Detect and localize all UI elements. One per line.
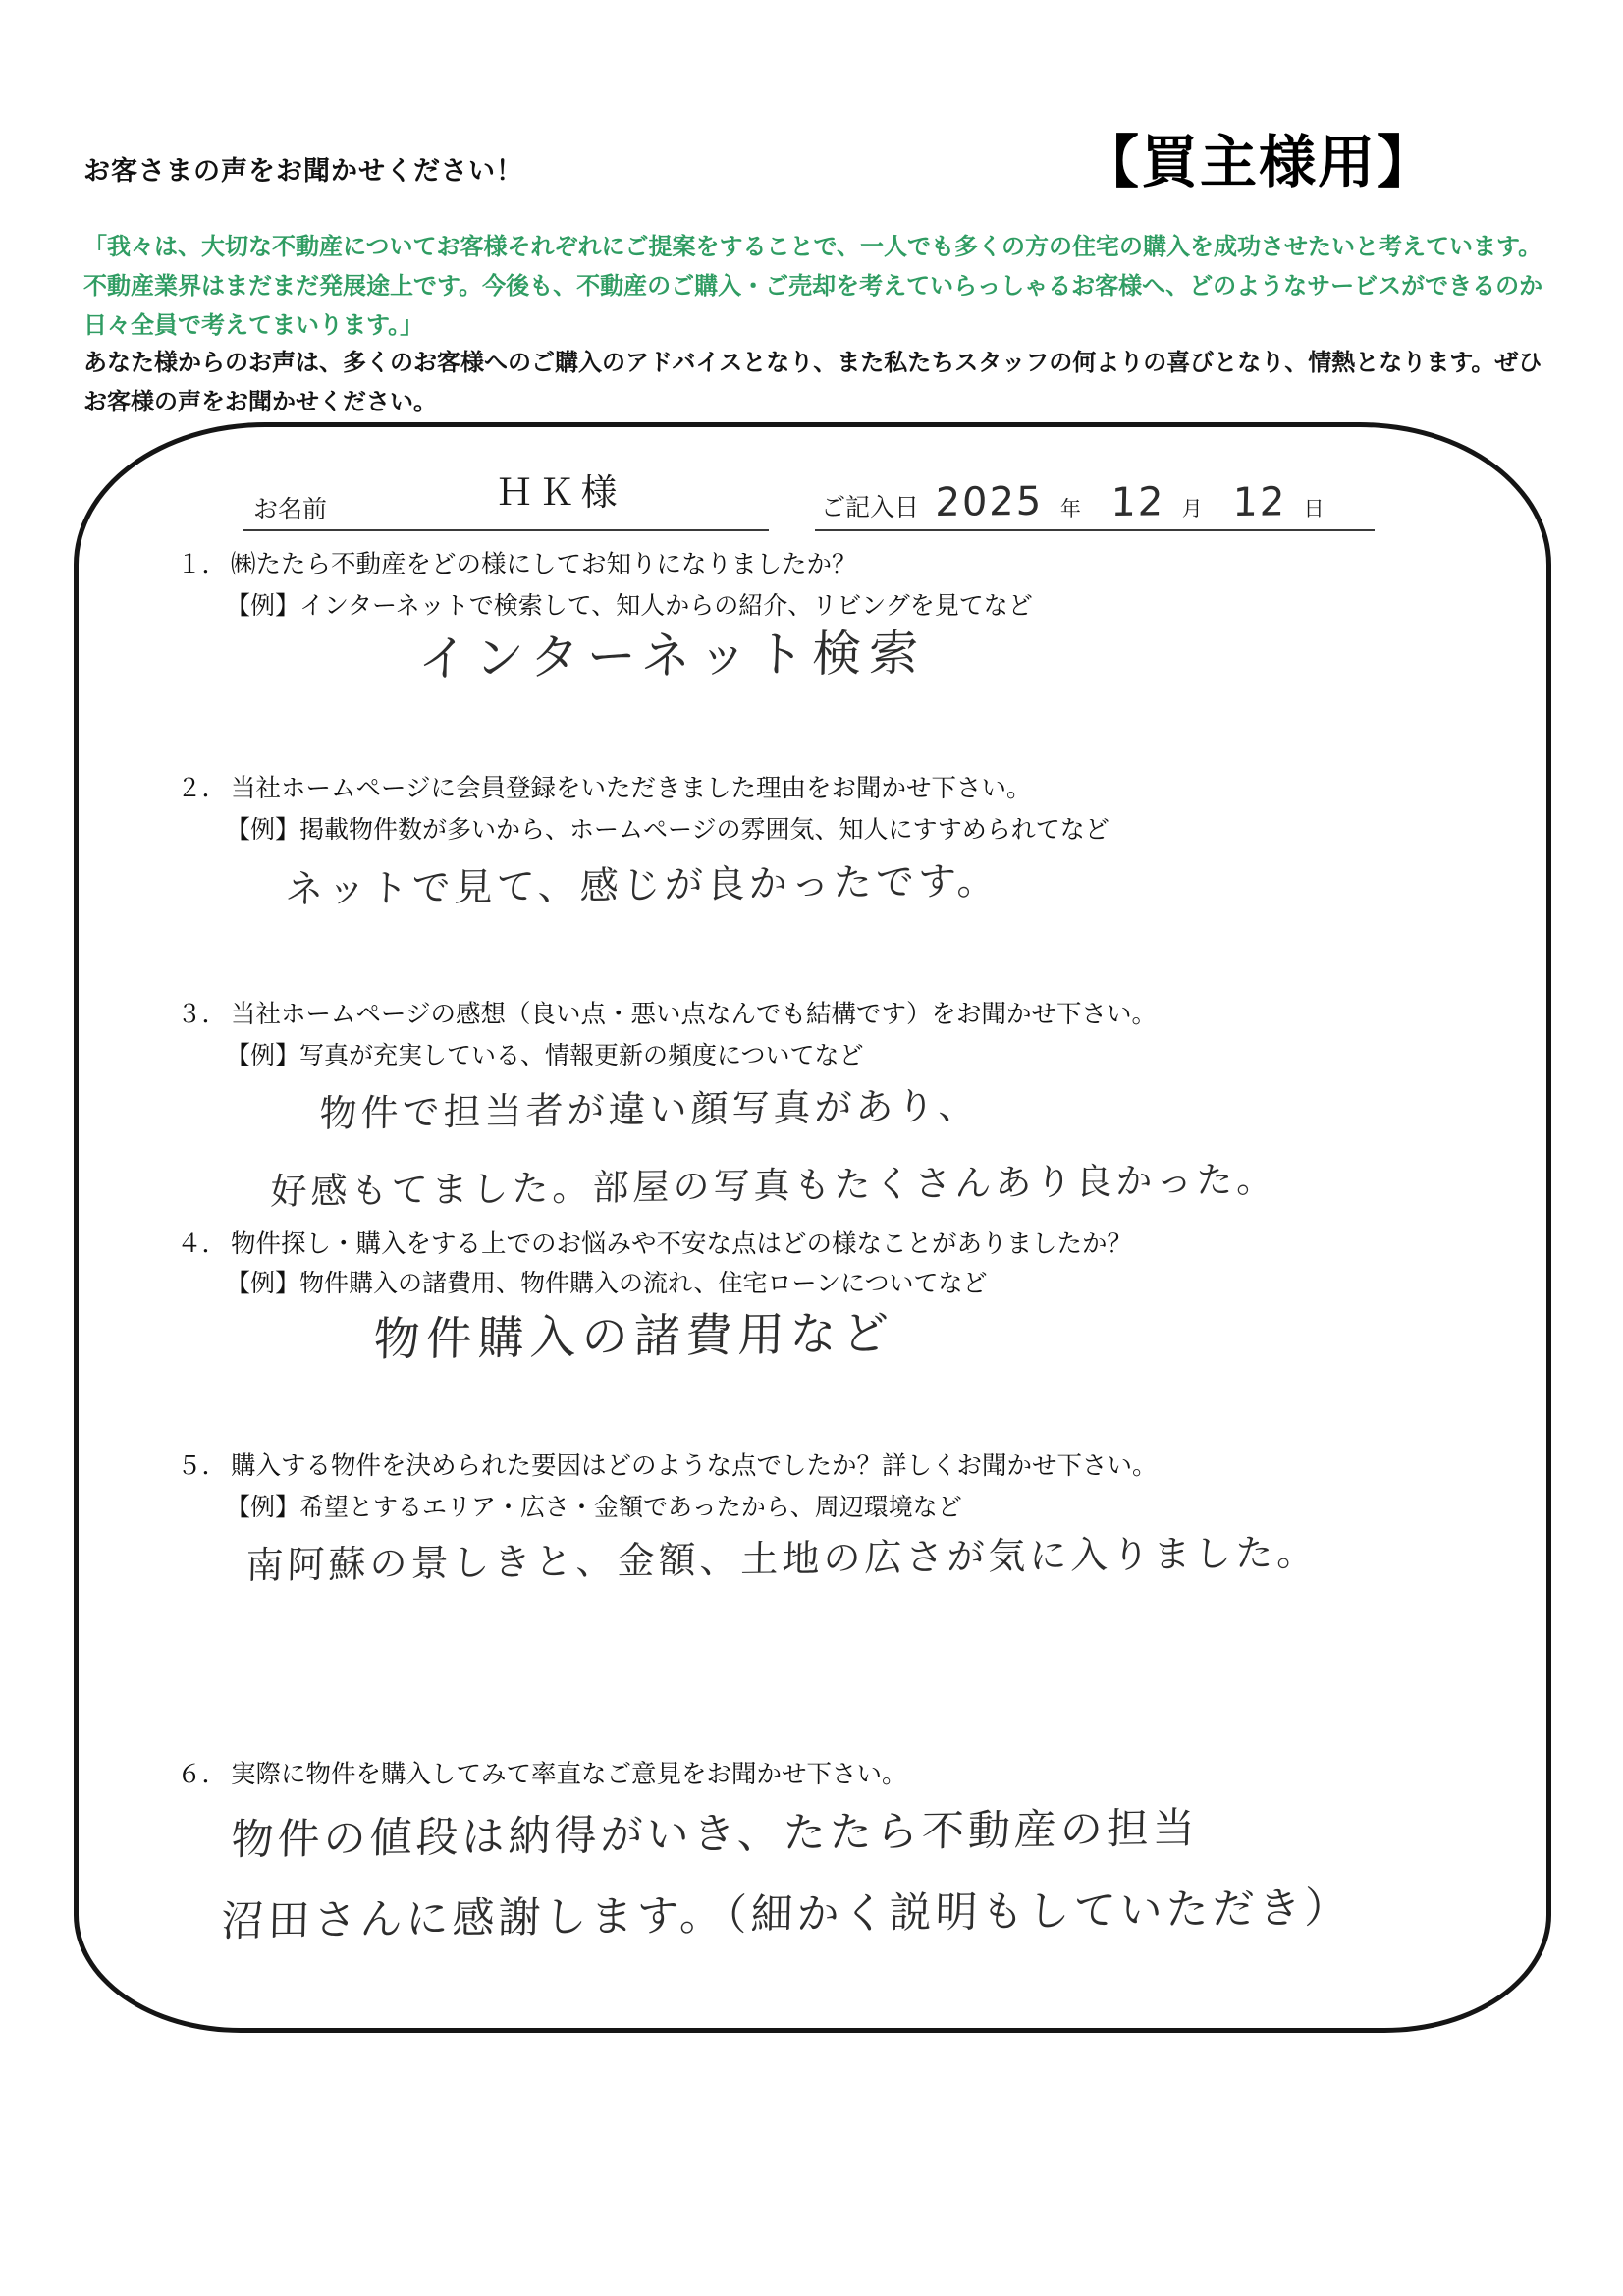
page-title: お客さまの声をお聞かせください！ (83, 149, 523, 188)
question-4-label: 物件探し・購入をする上でのお悩みや不安な点はどの様なことがありましたか？ (231, 1230, 1132, 1258)
question-6-number: ６． (177, 1755, 227, 1790)
date-day-value: 12 (1232, 479, 1287, 525)
question-6-text: ６．実際に物件を購入してみて率直なご意見をお聞かせ下さい。 (177, 1755, 907, 1790)
question-1-number: １． (177, 545, 227, 580)
date-month-value: 12 (1110, 479, 1165, 525)
question-2-answer: ネットで見て、感じが良かったです。 (285, 850, 1000, 914)
question-5-answer: 南阿蘇の景しきと、金額、土地の広さが気に入りました。 (245, 1522, 1319, 1589)
name-label: お名前 (253, 490, 327, 525)
question-3-number: ３． (177, 995, 227, 1030)
date-month-unit: 月 (1182, 493, 1203, 522)
question-3-answer-line-1: 物件で担当者が違い顔写真があり、 (319, 1075, 980, 1137)
question-6-label: 実際に物件を購入してみて率直なご意見をお聞かせ下さい。 (231, 1760, 907, 1788)
question-4-number: ４． (177, 1225, 227, 1260)
question-3-label: 当社ホームページの感想（良い点・悪い点なんでも結構です）をお聞かせ下さい。 (231, 1000, 1157, 1028)
question-3-answer-line-2: 好感もてました。部屋の写真もたくさんあり良かった。 (270, 1149, 1277, 1215)
question-3-text: ３．当社ホームページの感想（良い点・悪い点なんでも結構です）をお聞かせ下さい。 (177, 995, 1157, 1030)
question-4-text: ４．物件探し・購入をする上でのお悩みや不安な点はどの様なことがありましたか？ (177, 1225, 1132, 1260)
question-4-answer: 物件購入の諸費用など (373, 1297, 894, 1369)
question-2-example: 【例】掲載物件数が多いから、ホームページの雰囲気、知人にすすめられてなど (226, 810, 1109, 846)
date-underline (815, 529, 1375, 531)
buyer-badge: 【買主様用】 (1082, 116, 1435, 198)
question-6-answer-line-1: 物件の値段は納得がいき、たたら不動産の担当 (231, 1795, 1200, 1867)
question-2-text: ２．当社ホームページに会員登録をいただきました理由をお聞かせ下さい。 (177, 769, 1032, 804)
scanned-feedback-form: お客さまの声をお聞かせください！ 【買主様用】 「我々は、大切な不動産についてお… (0, 0, 1623, 2296)
question-5-text: ５．購入する物件を決められた要因はどのような点でしたか？詳しくお聞かせ下さい。 (177, 1447, 1158, 1482)
question-1-text: １．㈱たたら不動産をどの様にしてお知りになりましたか？ (177, 545, 857, 580)
question-5-example: 【例】希望とするエリア・広さ・金額であったから、周辺環境など (226, 1488, 962, 1523)
date-day-unit: 日 (1304, 493, 1325, 522)
date-year-value: 2025 (935, 479, 1044, 525)
question-5-number: ５． (177, 1447, 227, 1482)
date-year-unit: 年 (1060, 493, 1081, 522)
question-3-example: 【例】写真が充実している、情報更新の頻度についてなど (226, 1036, 864, 1071)
question-5-label: 購入する物件を決められた要因はどのような点でしたか？詳しくお聞かせ下さい。 (231, 1451, 1158, 1480)
question-1-answer: インターネット検索 (417, 614, 927, 690)
name-value: ＨＫ様 (383, 463, 736, 516)
date-label: ご記入日 (821, 474, 919, 523)
intro-message-black: あなた様からのお声は、多くのお客様へのご購入のアドバイスとなり、また私たちスタッ… (83, 344, 1561, 422)
question-2-label: 当社ホームページに会員登録をいただきました理由をお聞かせ下さい。 (231, 774, 1032, 802)
question-6-answer-line-2: 沼田さんに感謝します。（細かく説明もしていただき） (221, 1875, 1351, 1948)
date-row: ご記入日 2025 年 12 月 12 日 (821, 474, 1338, 525)
question-1-label: ㈱たたら不動産をどの様にしてお知りになりましたか？ (231, 550, 857, 578)
question-4-example: 【例】物件購入の諸費用、物件購入の流れ、住宅ローンについてなど (226, 1264, 988, 1299)
intro-message-green: 「我々は、大切な不動産についてお客様それぞれにご提案をすることで、一人でも多くの… (83, 228, 1561, 346)
name-underline (243, 529, 769, 531)
form-border-box: お名前 ＨＫ様 ご記入日 2025 年 12 月 12 日 １．㈱たたら不動産を… (74, 422, 1551, 2033)
question-2-number: ２． (177, 769, 227, 804)
